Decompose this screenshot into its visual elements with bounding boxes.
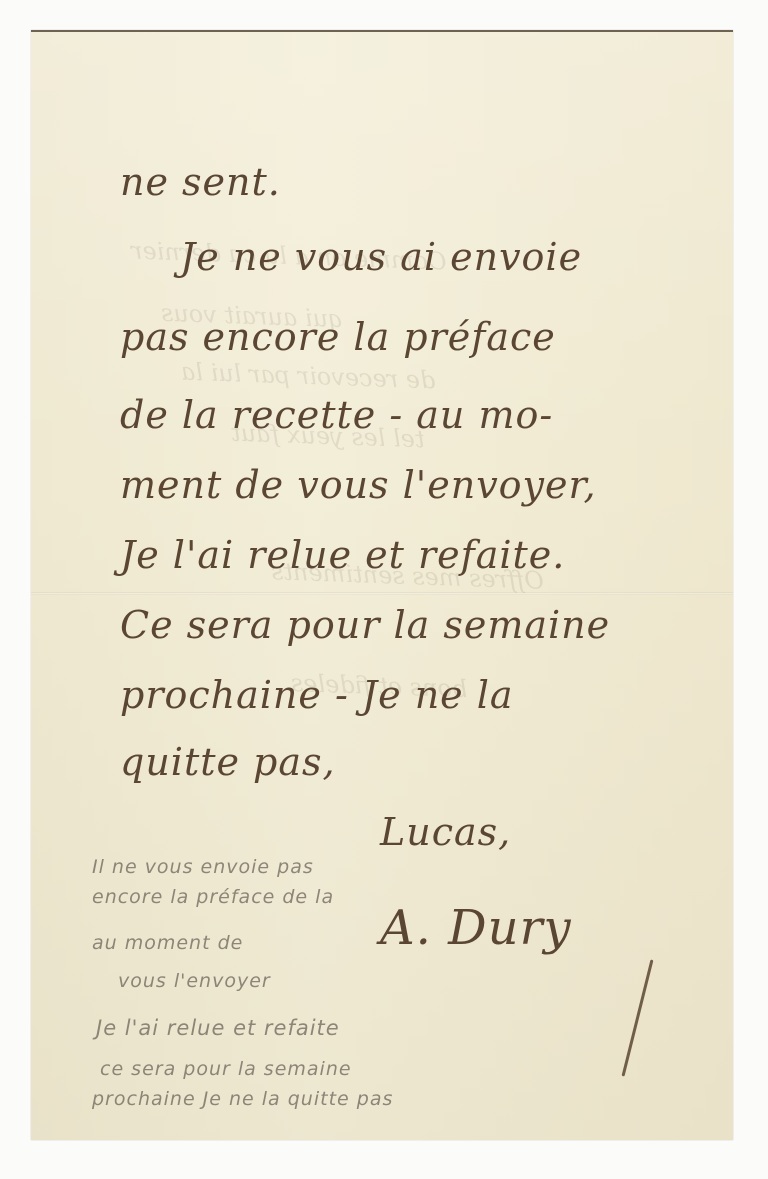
letter-line: ne sent. — [120, 160, 281, 204]
paper-fold-crease — [31, 592, 733, 595]
letter-line: Ce sera pour la semaine — [120, 603, 610, 647]
letter-line: quitte pas, — [120, 740, 336, 784]
pencil-note-line: vous l'envoyer — [118, 970, 271, 992]
pencil-note-line: Je l'ai relue et refaite — [96, 1016, 340, 1040]
letter-line: pas encore la préface — [120, 315, 556, 359]
pencil-note-line: Il ne vous envoie pas — [92, 856, 314, 878]
letter-line: Je ne vous ai envoie — [180, 235, 582, 279]
pencil-note-line: au moment de — [92, 932, 243, 954]
letter-line: ment de vous l'envoyer, — [120, 463, 597, 507]
letter-closing: Lucas, — [380, 810, 511, 854]
pencil-note-line: ce sera pour la semaine — [100, 1058, 352, 1080]
letter-line: de la recette - au mo- — [120, 393, 553, 437]
letter-line: Je l'ai relue et refaite. — [120, 533, 565, 577]
letter-line: prochaine - Je ne la — [120, 673, 514, 717]
reverse-bleed-through: de recevoir par lui la — [181, 358, 436, 395]
pencil-note-line: encore la préface de la — [92, 886, 334, 908]
pencil-note-line: prochaine Je ne la quitte pas — [92, 1088, 393, 1110]
signature: A. Dury — [380, 900, 572, 956]
